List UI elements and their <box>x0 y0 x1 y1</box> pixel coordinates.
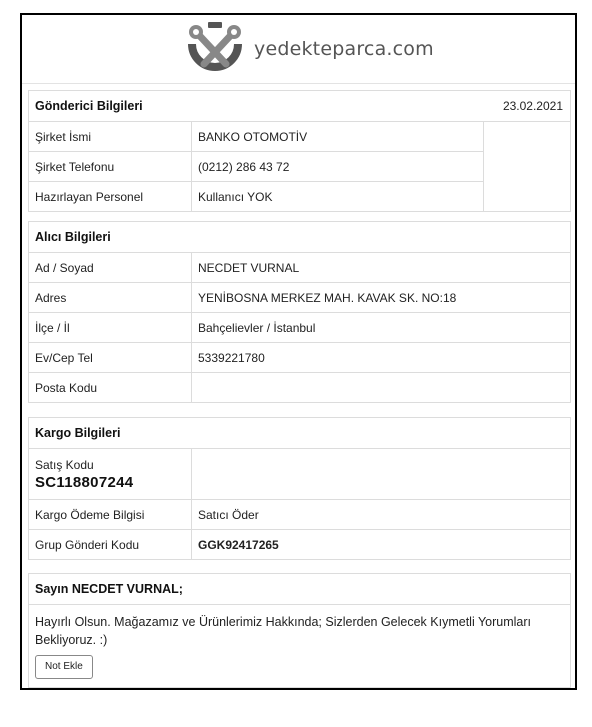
address-label: Adres <box>29 283 192 313</box>
sale-code: SC118807244 <box>35 474 185 491</box>
sender-title-text: Gönderici Bilgileri <box>35 99 143 113</box>
prepared-by-value: Kullanıcı YOK <box>192 182 484 212</box>
prepared-by-label: Hazırlayan Personel <box>29 182 192 212</box>
cargo-section: Kargo Bilgileri Satış Kodu SC118807244 K… <box>28 417 571 560</box>
cargo-table: Satış Kodu SC118807244 Kargo Ödeme Bilgi… <box>29 449 570 559</box>
table-row: Ad / Soyad NECDET VURNAL <box>29 253 570 283</box>
table-row: Adres YENİBOSNA MERKEZ MAH. KAVAK SK. NO… <box>29 283 570 313</box>
table-row: Satış Kodu SC118807244 <box>29 449 570 500</box>
message-body: Hayırlı Olsun. Mağazamız ve Ürünlerimiz … <box>35 613 564 649</box>
table-row: Şirket İsmi BANKO OTOMOTİV <box>29 122 570 152</box>
name-value: NECDET VURNAL <box>192 253 571 283</box>
payment-info-label: Kargo Ödeme Bilgisi <box>29 500 192 530</box>
group-shipment-code-label: Grup Gönderi Kodu <box>29 530 192 560</box>
sender-title: Gönderici Bilgileri 23.02.2021 <box>29 91 570 122</box>
sender-table: Şirket İsmi BANKO OTOMOTİV Şirket Telefo… <box>29 122 570 211</box>
payment-info-value: Satıcı Öder <box>192 500 571 530</box>
logo-text: yedekteparca.com <box>254 38 434 60</box>
sender-section: Gönderici Bilgileri 23.02.2021 Şirket İs… <box>28 90 571 212</box>
company-phone-value: (0212) 286 43 72 <box>192 152 484 182</box>
recipient-table: Ad / Soyad NECDET VURNAL Adres YENİBOSNA… <box>29 253 570 402</box>
postal-code-label: Posta Kodu <box>29 373 192 403</box>
group-shipment-code-value: GGK92417265 <box>192 530 571 560</box>
message-title: Sayın NECDET VURNAL; <box>29 574 570 605</box>
table-row: Ev/Cep Tel 5339221780 <box>29 343 570 373</box>
district-city-value: Bahçelievler / İstanbul <box>192 313 571 343</box>
company-name-value: BANKO OTOMOTİV <box>192 122 484 152</box>
table-row: Grup Gönderi Kodu GGK92417265 <box>29 530 570 560</box>
postal-code-value <box>192 373 571 403</box>
table-row: İlçe / İl Bahçelievler / İstanbul <box>29 313 570 343</box>
message-body-container: Hayırlı Olsun. Mağazamız ve Ürünlerimiz … <box>29 605 570 687</box>
table-row: Posta Kodu <box>29 373 570 403</box>
name-label: Ad / Soyad <box>29 253 192 283</box>
wrench-cross-logo-icon <box>184 20 246 78</box>
address-value: YENİBOSNA MERKEZ MAH. KAVAK SK. NO:18 <box>192 283 571 313</box>
recipient-section: Alıcı Bilgileri Ad / Soyad NECDET VURNAL… <box>28 221 571 403</box>
shipping-slip: yedekteparca.com Gönderici Bilgileri 23.… <box>20 13 577 690</box>
sale-code-label: Satış Kodu <box>35 458 94 472</box>
cargo-title: Kargo Bilgileri <box>29 418 570 449</box>
phone-value: 5339221780 <box>192 343 571 373</box>
header: yedekteparca.com <box>22 15 575 84</box>
add-note-button[interactable]: Not Ekle <box>35 655 93 679</box>
date: 23.02.2021 <box>503 91 563 121</box>
phone-label: Ev/Cep Tel <box>29 343 192 373</box>
message-section: Sayın NECDET VURNAL; Hayırlı Olsun. Mağa… <box>28 573 571 688</box>
sale-code-value <box>192 449 571 500</box>
sale-code-cell: Satış Kodu SC118807244 <box>29 449 192 500</box>
company-phone-label: Şirket Telefonu <box>29 152 192 182</box>
table-row: Kargo Ödeme Bilgisi Satıcı Öder <box>29 500 570 530</box>
sender-extra-cell <box>484 122 571 211</box>
district-city-label: İlçe / İl <box>29 313 192 343</box>
company-name-label: Şirket İsmi <box>29 122 192 152</box>
recipient-title: Alıcı Bilgileri <box>29 222 570 253</box>
logo: yedekteparca.com <box>184 20 434 78</box>
